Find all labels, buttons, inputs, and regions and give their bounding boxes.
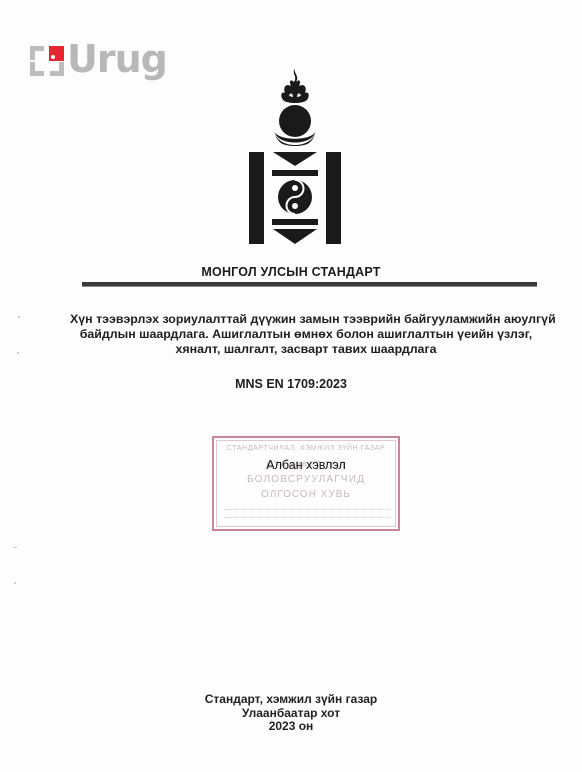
org-title: МОНГОЛ УЛСЫН СТАНДАРТ xyxy=(0,265,582,279)
publisher: Стандарт, хэмжил зүйн газар xyxy=(0,693,582,707)
publication-city: Улаанбаатар хот xyxy=(0,707,582,721)
publication-info: Стандарт, хэмжил зүйн газар Улаанбаатар … xyxy=(0,693,582,734)
stamp-fine-print xyxy=(224,509,390,512)
stamp-header: СТАНДАРТЧИЛАЛ, ХЭМЖИЛ ЗҮЙН ГАЗАР xyxy=(214,445,398,452)
stamp-line: ОЛГОСОН ХУВЬ xyxy=(214,489,398,500)
official-stamp: СТАНДАРТЧИЛАЛ, ХЭМЖИЛ ЗҮЙН ГАЗАР СТАНДАР… xyxy=(212,436,400,531)
urug-logo-icon xyxy=(30,46,64,76)
document-title-line: Хүн тээвэрлэх зориулалттай дүүжин замын … xyxy=(70,312,542,327)
stamp-overlay-text: Албан хэвлэл xyxy=(214,458,398,472)
stamp-line: БОЛОВСРУУЛАГЧИД xyxy=(214,474,398,485)
standard-code: MNS EN 1709:2023 xyxy=(0,377,582,391)
scan-artifact xyxy=(18,316,20,318)
title-divider xyxy=(82,282,537,287)
watermark-logo: Urug xyxy=(30,40,167,82)
document-title: Хүн тээвэрлэх зориулалттай дүүжин замын … xyxy=(70,312,542,357)
document-page: Urug xyxy=(0,0,582,772)
watermark-brand-text: Urug xyxy=(67,40,167,78)
scan-artifact xyxy=(14,582,16,584)
scan-artifact xyxy=(13,547,17,548)
scan-artifact xyxy=(17,352,19,354)
stamp-fine-print xyxy=(224,517,390,520)
document-title-line: байдлын шаардлага. Ашиглалтын өмнөх боло… xyxy=(70,327,542,342)
publication-year: 2023 он xyxy=(0,720,582,734)
soyombo-emblem-icon xyxy=(245,66,345,246)
document-title-line: хяналт, шалгалт, засварт тавих шаардлага xyxy=(70,342,542,357)
